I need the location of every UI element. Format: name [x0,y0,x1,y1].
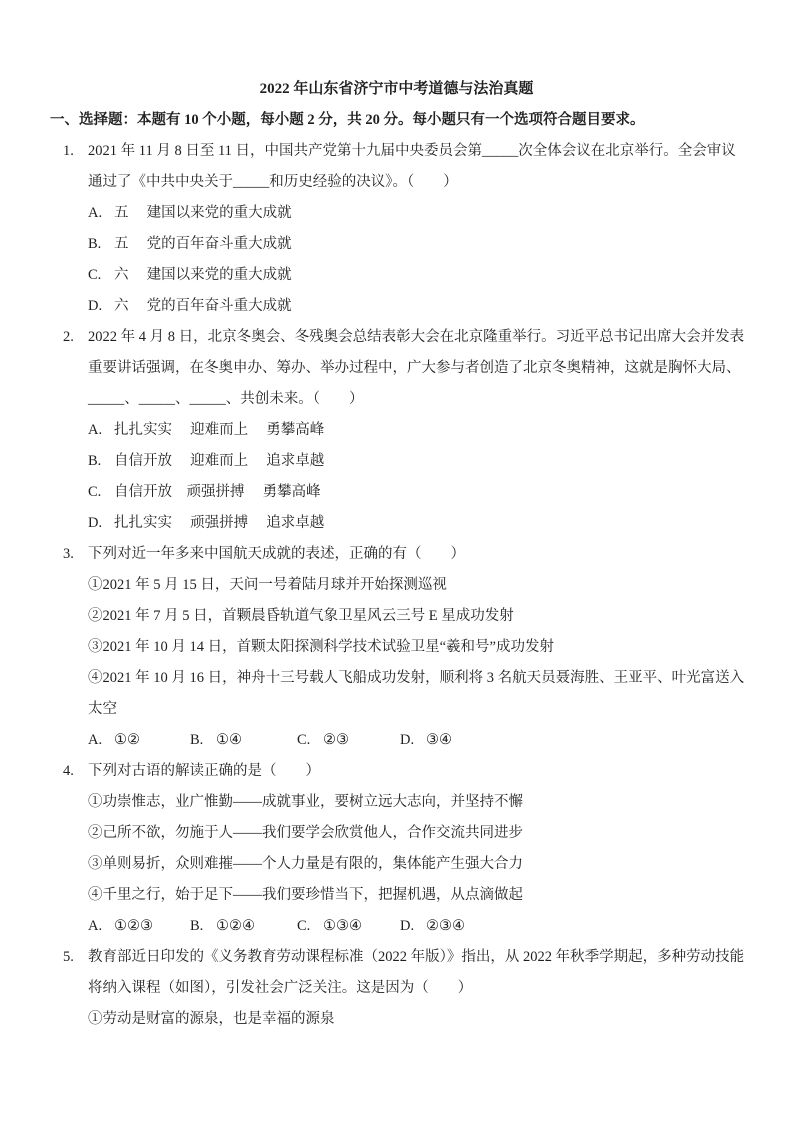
question-5: 5.教育部近日印发的《义务教育劳动课程标准（2022 年版）》指出，从 2022… [0,942,793,1035]
option-text: ①④ [216,732,242,748]
option-label: D. [400,911,426,942]
option-text: 自信开放 迎难而上 追求卓越 [114,453,324,469]
question-line: 2.2022 年 4 月 8 日，北京冬奥会、冬残奥会总结表彰大会在北京隆重举行… [0,322,793,353]
option-label: A. [88,911,114,942]
statement-1: ①功崇惟志，业广惟勤——成就事业，要树立远大志向，并坚持不懈 [0,787,793,818]
option-text: 六 党的百年奋斗重大成就 [114,298,292,314]
option-label: C. [88,260,114,291]
question-line: 5.教育部近日印发的《义务教育劳动课程标准（2022 年版）》指出，从 2022… [0,942,793,973]
option-label: C. [88,477,114,508]
question-number: 5. [63,942,88,973]
question-line: 将纳入课程（如图），引发社会广泛关注。这是因为（ ） [0,973,793,1004]
option-text: ①②④ [216,918,255,934]
option-a: A.①②③ [88,911,190,942]
option-a: A.①② [88,725,190,756]
question-3: 3.下列对近一年多来中国航天成就的表述，正确的有（ ） ①2021 年 5 月 … [0,539,793,756]
question-text: 下列对古语的解读正确的是（ ） [88,763,320,779]
option-text: ①② [114,732,140,748]
option-text: 五 党的百年奋斗重大成就 [114,236,292,252]
option-c: C.①③④ [297,911,400,942]
statement-2: ②己所不欲，勿施于人——我们要学会欣赏他人，合作交流共同进步 [0,818,793,849]
option-label: C. [297,911,323,942]
question-line: 通过了《中共中央关于_____和历史经验的决议》。（ ） [0,167,793,198]
question-line: 3.下列对近一年多来中国航天成就的表述，正确的有（ ） [0,539,793,570]
option-a: A.扎扎实实 迎难而上 勇攀高峰 [0,415,793,446]
option-text: ②③④ [426,918,465,934]
option-b: B.①④ [190,725,297,756]
option-c: C.自信开放 顽强拼搏 勇攀高峰 [0,477,793,508]
question-line: 重要讲话强调，在冬奥申办、筹办、举办过程中，广大参与者创造了北京冬奥精神，这就是… [0,353,793,384]
option-text: 五 建国以来党的重大成就 [114,205,292,221]
statement-4: ④千里之行，始于足下——我们要珍惜当下，把握机遇，从点滴做起 [0,880,793,911]
question-1: 1.2021 年 11 月 8 日至 11 日，中国共产党第十九届中央委员会第_… [0,136,793,322]
option-label: B. [88,446,114,477]
statement-1: ①劳动是财富的源泉，也是幸福的源泉 [0,1004,793,1035]
question-text: 下列对近一年多来中国航天成就的表述，正确的有（ ） [88,546,465,562]
option-label: D. [88,508,114,539]
option-text: 六 建国以来党的重大成就 [114,267,292,283]
option-label: C. [297,725,323,756]
question-line: 1.2021 年 11 月 8 日至 11 日，中国共产党第十九届中央委员会第_… [0,136,793,167]
option-text: ②③ [323,732,349,748]
statement-2: ②2021 年 7 月 5 日，首颗晨昏轨道气象卫星风云三号 E 星成功发射 [0,601,793,632]
option-b: B.①②④ [190,911,297,942]
option-d: D.②③④ [400,911,465,942]
options-row: A.①②③ B.①②④ C.①③④ D.②③④ [0,911,793,942]
option-c: C.②③ [297,725,400,756]
question-text: 2022 年 4 月 8 日，北京冬奥会、冬残奥会总结表彰大会在北京隆重举行。习… [88,329,744,345]
statement-3: ③单则易折，众则难摧——个人力量是有限的，集体能产生强大合力 [0,849,793,880]
statement-3: ③2021 年 10 月 14 日，首颗太阳探测科学技术试验卫星“羲和号”成功发… [0,632,793,663]
statement-4-cont: 太空 [0,694,793,725]
option-a: A.五 建国以来党的重大成就 [0,198,793,229]
option-d: D.六 党的百年奋斗重大成就 [0,291,793,322]
option-text: ①③④ [323,918,362,934]
document-page: 2022 年山东省济宁市中考道德与法治真题 一、选择题：本题有 10 个小题，每… [0,0,793,1122]
option-label: B. [190,725,216,756]
question-4: 4.下列对古语的解读正确的是（ ） ①功崇惟志，业广惟勤——成就事业，要树立远大… [0,756,793,942]
option-text: 扎扎实实 迎难而上 勇攀高峰 [114,422,324,438]
question-number: 2. [63,322,88,353]
option-b: B.五 党的百年奋斗重大成就 [0,229,793,260]
option-b: B.自信开放 迎难而上 追求卓越 [0,446,793,477]
option-label: B. [190,911,216,942]
question-text: 2021 年 11 月 8 日至 11 日，中国共产党第十九届中央委员会第___… [88,143,736,159]
options-row: A.①② B.①④ C.②③ D.③④ [0,725,793,756]
statement-1: ①2021 年 5 月 15 日，天问一号着陆月球并开始探测巡视 [0,570,793,601]
question-line: 4.下列对古语的解读正确的是（ ） [0,756,793,787]
question-2: 2.2022 年 4 月 8 日，北京冬奥会、冬残奥会总结表彰大会在北京隆重举行… [0,322,793,539]
question-text: 教育部近日印发的《义务教育劳动课程标准（2022 年版）》指出，从 2022 年… [88,949,744,965]
option-text: ①②③ [114,918,153,934]
page-title: 2022 年山东省济宁市中考道德与法治真题 [0,74,793,105]
option-label: A. [88,725,114,756]
option-text: 自信开放 顽强拼搏 勇攀高峰 [114,484,321,500]
option-label: B. [88,229,114,260]
statement-4: ④2021 年 10 月 16 日，神舟十三号载人飞船成功发射，顺利将 3 名航… [0,663,793,694]
question-line: _____、_____、_____、共创未来。（ ） [0,384,793,415]
option-label: D. [400,725,426,756]
option-text: ③④ [426,732,452,748]
option-label: D. [88,291,114,322]
option-d: D.扎扎实实 顽强拼搏 追求卓越 [0,508,793,539]
option-label: A. [88,198,114,229]
question-number: 1. [63,136,88,167]
option-label: A. [88,415,114,446]
option-d: D.③④ [400,725,452,756]
section-header: 一、选择题：本题有 10 个小题，每小题 2 分，共 20 分。每小题只有一个选… [0,105,793,136]
option-text: 扎扎实实 顽强拼搏 追求卓越 [114,515,324,531]
question-number: 4. [63,756,88,787]
option-c: C.六 建国以来党的重大成就 [0,260,793,291]
question-number: 3. [63,539,88,570]
